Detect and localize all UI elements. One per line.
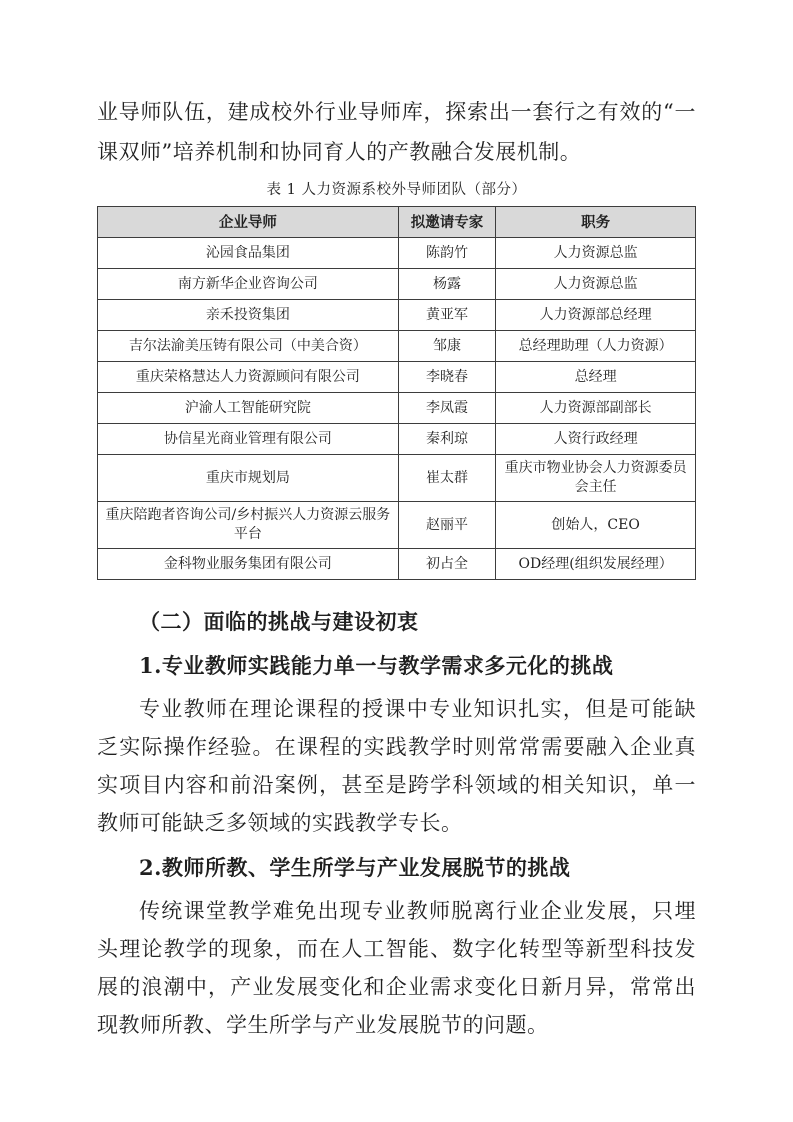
cell-expert: 李凤霞	[398, 393, 495, 424]
cell-expert: 崔太群	[398, 455, 495, 502]
table-row: 亲禾投资集团 黄亚军 人力资源部总经理	[98, 300, 696, 331]
cell-expert: 秦利琼	[398, 424, 495, 455]
cell-expert: 初占全	[398, 549, 495, 580]
cell-expert: 李晓春	[398, 362, 495, 393]
cell-company: 协信星光商业管理有限公司	[98, 424, 399, 455]
table-row: 沁园食品集团 陈韵竹 人力资源总监	[98, 238, 696, 269]
cell-company: 亲禾投资集团	[98, 300, 399, 331]
table-row: 重庆陪跑者咨询公司/乡村振兴人力资源云服务平台 赵丽平 创始人，CEO	[98, 502, 696, 549]
cell-expert: 赵丽平	[398, 502, 495, 549]
header-cell-company: 企业导师	[98, 207, 399, 238]
section-heading-challenges: （二）面临的挑战与建设初衷	[97, 604, 696, 640]
cell-company: 沁园食品集团	[98, 238, 399, 269]
table-caption: 表 1 人力资源系校外导师团队（部分）	[97, 180, 696, 200]
cell-title: 重庆市物业协会人力资源委员会主任	[496, 455, 696, 502]
table-row: 重庆荣格慧达人力资源顾问有限公司 李晓春 总经理	[98, 362, 696, 393]
cell-company: 重庆荣格慧达人力资源顾问有限公司	[98, 362, 399, 393]
cell-company: 沪渝人工智能研究院	[98, 393, 399, 424]
subsection-1-body: 专业教师在理论课程的授课中专业知识扎实，但是可能缺乏实际操作经验。在课程的实践教…	[97, 690, 696, 842]
subsection-2-heading: 2.教师所教、学生所学与产业发展脱节的挑战	[97, 850, 696, 886]
cell-expert: 杨露	[398, 269, 495, 300]
page-content: 业导师队伍，建成校外行业导师库，探索出一套行之有效的“一课双师”培养机制和协同育…	[97, 92, 696, 1044]
cell-expert: 陈韵竹	[398, 238, 495, 269]
cell-title: 人力资源总监	[496, 269, 696, 300]
cell-expert: 邹康	[398, 331, 495, 362]
cell-company: 南方新华企业咨询公司	[98, 269, 399, 300]
subsection-1-heading: 1.专业教师实践能力单一与教学需求多元化的挑战	[97, 648, 696, 684]
subsection-2-body: 传统课堂教学难免出现专业教师脱离行业企业发展，只埋头理论教学的现象，而在人工智能…	[97, 892, 696, 1044]
table-row: 重庆市规划局 崔太群 重庆市物业协会人力资源委员会主任	[98, 455, 696, 502]
cell-company: 吉尔法渝美压铸有限公司（中美合资）	[98, 331, 399, 362]
table-row: 吉尔法渝美压铸有限公司（中美合资） 邹康 总经理助理（人力资源）	[98, 331, 696, 362]
table-row: 沪渝人工智能研究院 李凤霞 人力资源部副部长	[98, 393, 696, 424]
cell-company: 重庆陪跑者咨询公司/乡村振兴人力资源云服务平台	[98, 502, 399, 549]
document-page: 业导师队伍，建成校外行业导师库，探索出一套行之有效的“一课双师”培养机制和协同育…	[0, 0, 793, 1122]
cell-title: 创始人，CEO	[496, 502, 696, 549]
cell-title: 人力资源总监	[496, 238, 696, 269]
table-row: 协信星光商业管理有限公司 秦利琼 人资行政经理	[98, 424, 696, 455]
cell-title: 总经理	[496, 362, 696, 393]
cell-company: 金科物业服务集团有限公司	[98, 549, 399, 580]
table-row: 金科物业服务集团有限公司 初占全 OD经理(组织发展经理）	[98, 549, 696, 580]
cell-title: 总经理助理（人力资源）	[496, 331, 696, 362]
cell-company: 重庆市规划局	[98, 455, 399, 502]
header-cell-title: 职务	[496, 207, 696, 238]
cell-expert: 黄亚军	[398, 300, 495, 331]
cell-title: 人力资源部副部长	[496, 393, 696, 424]
table-header-row: 企业导师 拟邀请专家 职务	[98, 207, 696, 238]
cell-title: 人力资源部总经理	[496, 300, 696, 331]
intro-paragraph: 业导师队伍，建成校外行业导师库，探索出一套行之有效的“一课双师”培养机制和协同育…	[97, 92, 696, 172]
header-cell-expert: 拟邀请专家	[398, 207, 495, 238]
cell-title: OD经理(组织发展经理）	[496, 549, 696, 580]
table-row: 南方新华企业咨询公司 杨露 人力资源总监	[98, 269, 696, 300]
cell-title: 人资行政经理	[496, 424, 696, 455]
mentor-table: 企业导师 拟邀请专家 职务 沁园食品集团 陈韵竹 人力资源总监 南方新华企业咨询…	[97, 206, 696, 580]
